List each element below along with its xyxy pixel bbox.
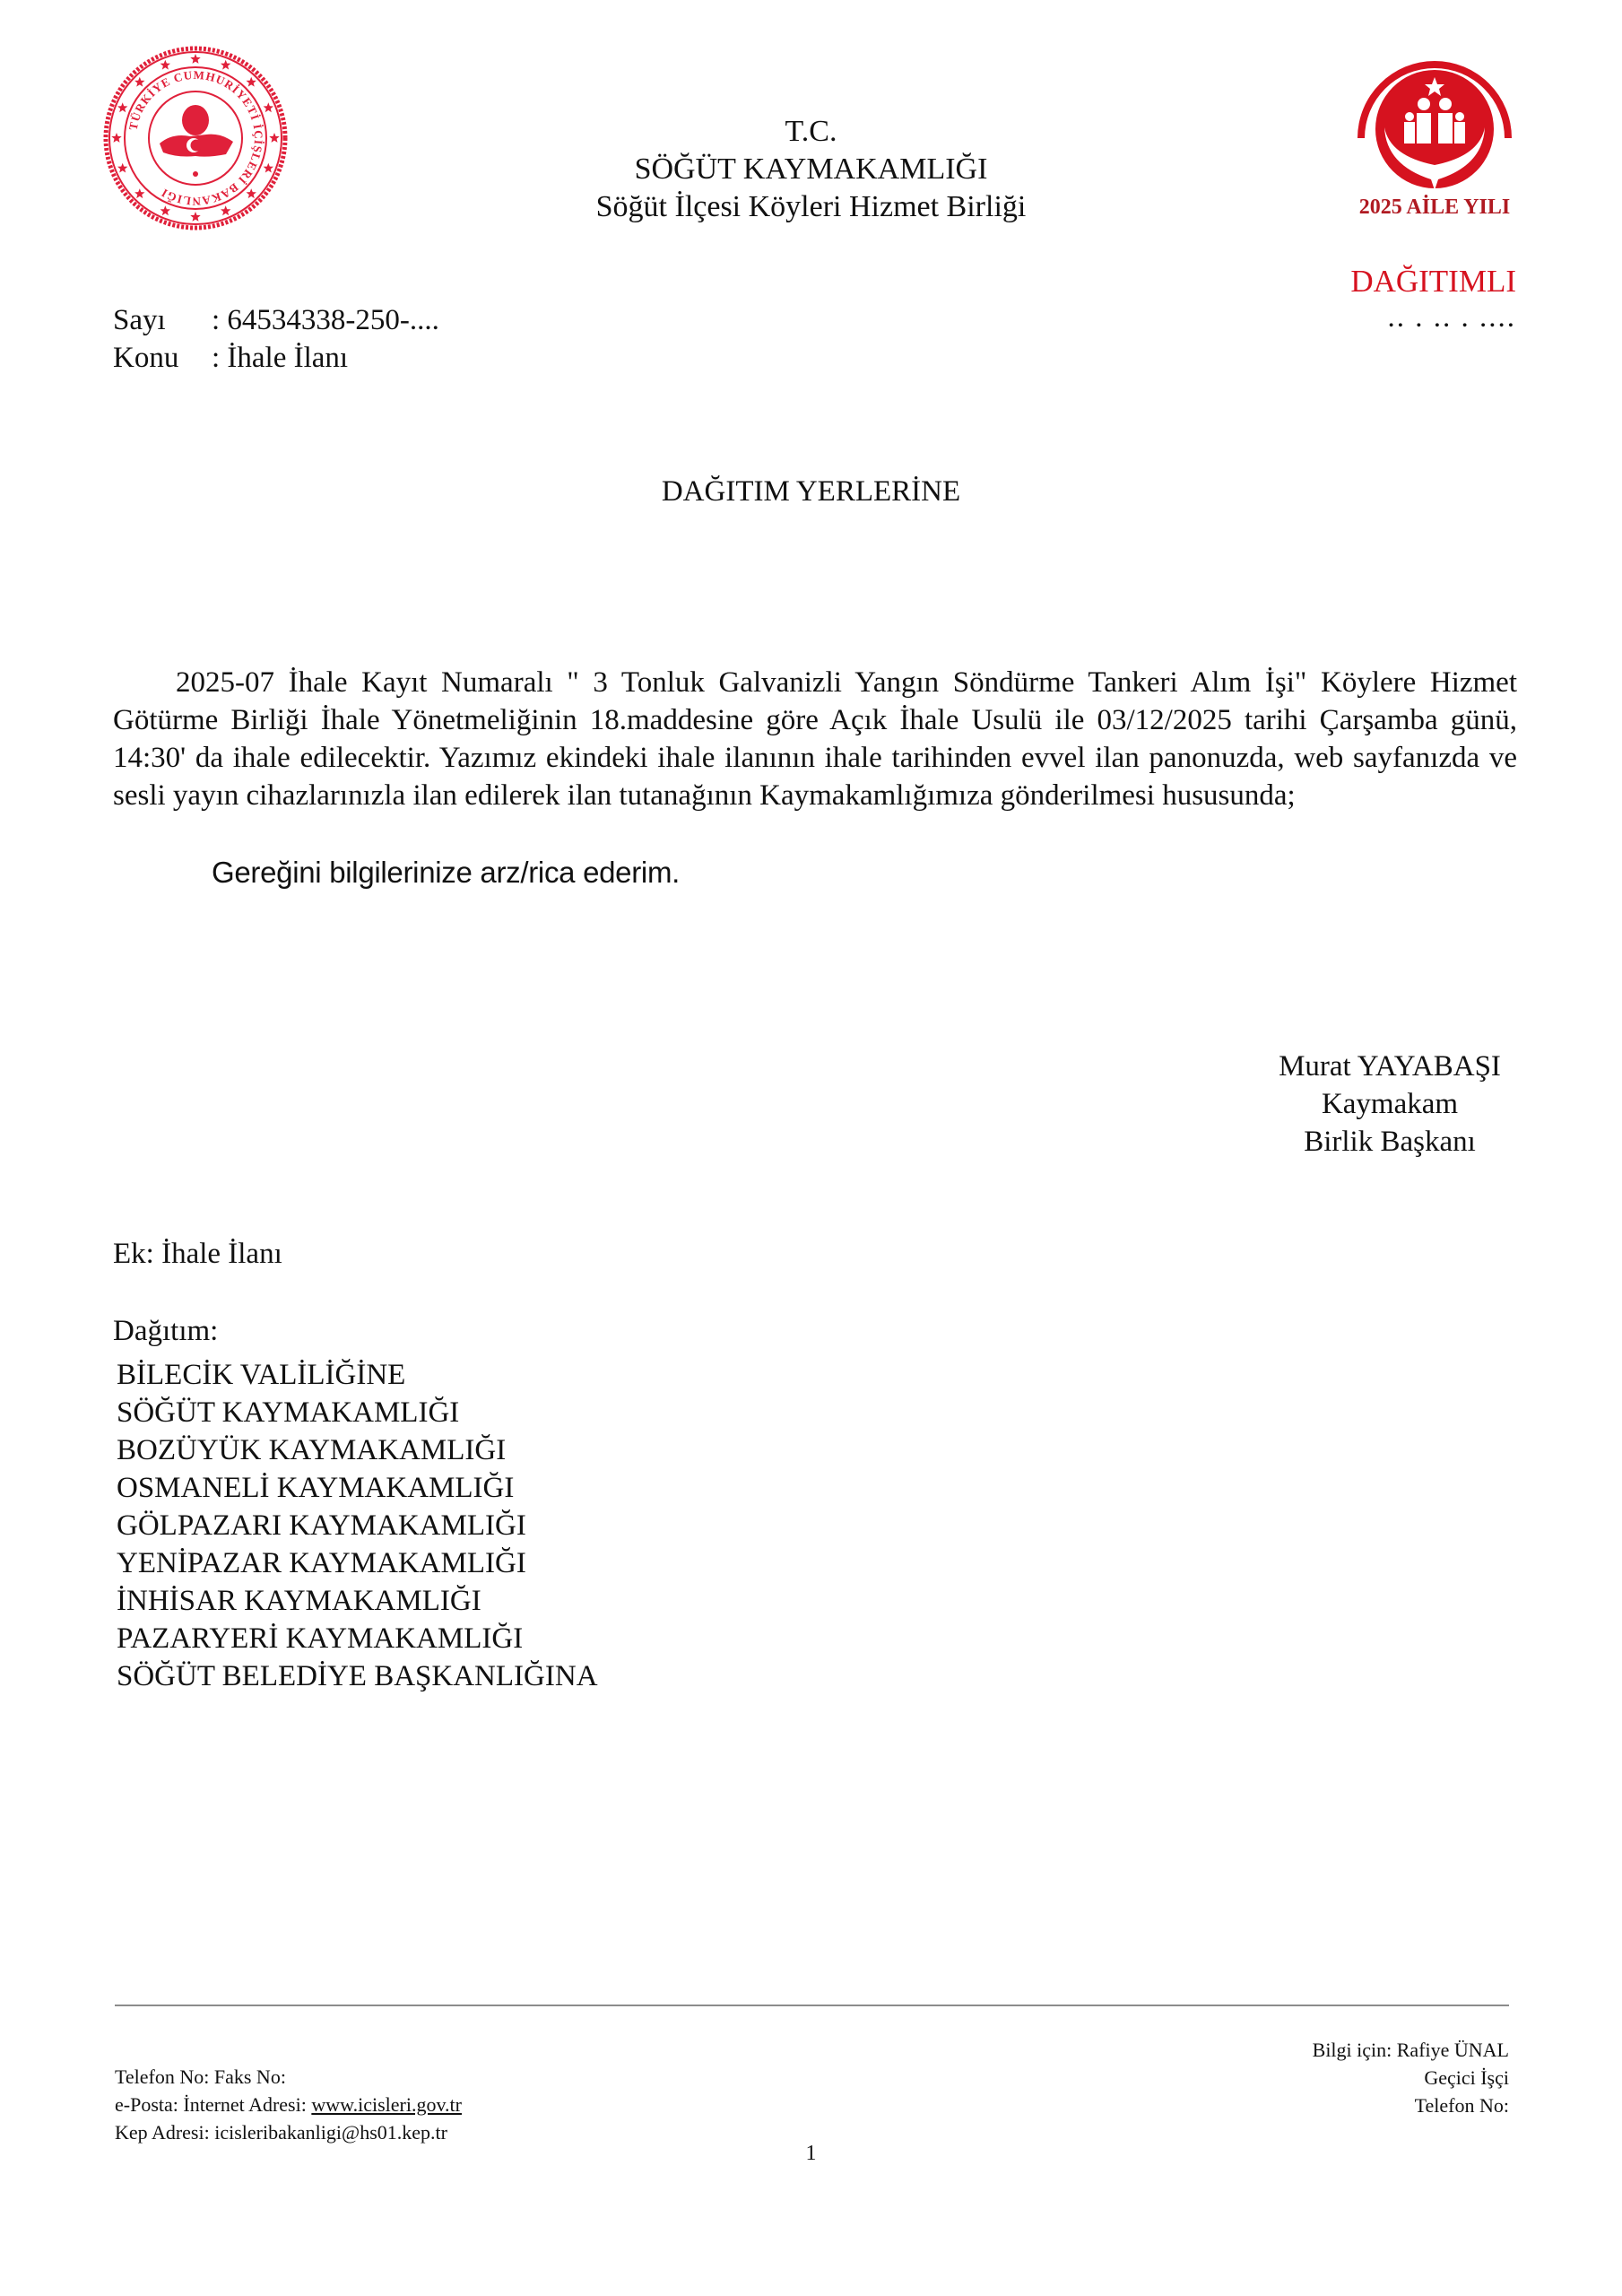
distribution-item: PAZARYERİ KAYMAKAMLIĞI xyxy=(117,1620,598,1657)
info-contact-phone: Telefon No: xyxy=(1313,2092,1509,2119)
distribution-item: GÖLPAZARI KAYMAKAMLIĞI xyxy=(117,1507,598,1544)
recipient-title: DAĞITIM YERLERİNE xyxy=(0,475,1622,509)
footer-email-label: e-Posta: İnternet Adresi: xyxy=(115,2093,311,2116)
attachment-line: Ek: İhale İlanı xyxy=(113,1238,282,1271)
distribution-item: BİLECİK VALİLİĞİNE xyxy=(117,1356,598,1394)
footer-phone-fax: Telefon No: Faks No: xyxy=(115,2063,462,2091)
subject-value: : İhale İlanı xyxy=(212,342,348,374)
distribution-heading: Dağıtım: xyxy=(113,1315,218,1348)
reference-number-label: Sayı xyxy=(113,301,212,339)
info-contact-name: Bilgi için: Rafiye ÜNAL xyxy=(1313,2036,1509,2064)
distribution-item: İNHİSAR KAYMAKAMLIĞI xyxy=(117,1582,598,1620)
distribution-list: BİLECİK VALİLİĞİNE SÖĞÜT KAYMAKAMLIĞI BO… xyxy=(117,1356,598,1695)
signatory-name: Murat YAYABAŞI xyxy=(1237,1048,1542,1085)
signatory-role: Birlik Başkanı xyxy=(1237,1123,1542,1161)
website-link[interactable]: www.icisleri.gov.tr xyxy=(311,2093,462,2116)
header-unit: Söğüt İlçesi Köyleri Hizmet Birliği xyxy=(0,188,1622,226)
body-paragraph-text: 2025-07 İhale Kayıt Numaralı " 3 Tonluk … xyxy=(113,666,1517,812)
header-organization: SÖĞÜT KAYMAKAMLIĞI xyxy=(0,151,1622,188)
info-contact-title: Geçici İşçi xyxy=(1313,2064,1509,2092)
footer-divider xyxy=(115,2005,1509,2006)
date-placeholder: .. . .. . .... xyxy=(1388,301,1517,335)
signature-block: Murat YAYABAŞI Kaymakam Birlik Başkanı xyxy=(1237,1048,1542,1161)
distribution-item: BOZÜYÜK KAYMAKAMLIĞI xyxy=(117,1431,598,1469)
distribution-item: SÖĞÜT KAYMAKAMLIĞI xyxy=(117,1394,598,1431)
footer-address-block: Telefon No: Faks No: e-Posta: İnternet A… xyxy=(115,2063,462,2146)
header-tc: T.C. xyxy=(0,113,1622,151)
page-number: 1 xyxy=(0,2142,1622,2166)
reference-number-row: Sayı: 64534338-250-.... xyxy=(113,301,439,339)
footer-email-web: e-Posta: İnternet Adresi: www.icisleri.g… xyxy=(115,2091,462,2118)
distribution-item: SÖĞÜT BELEDİYE BAŞKANLIĞINA xyxy=(117,1657,598,1695)
distribution-item: OSMANELİ KAYMAKAMLIĞI xyxy=(117,1469,598,1507)
distribution-item: YENİPAZAR KAYMAKAMLIĞI xyxy=(117,1544,598,1582)
signatory-title: Kaymakam xyxy=(1237,1085,1542,1123)
body-paragraph: 2025-07 İhale Kayıt Numaralı " 3 Tonluk … xyxy=(113,664,1517,814)
reference-number-value: : 64534338-250-.... xyxy=(212,304,439,336)
subject-row: Konu: İhale İlanı xyxy=(113,339,348,377)
distributed-label: DAĞITIMLI xyxy=(1350,264,1516,300)
contact-info-block: Bilgi için: Rafiye ÜNAL Geçici İşçi Tele… xyxy=(1313,2036,1509,2119)
subject-label: Konu xyxy=(113,339,212,377)
closing-line: Gereğini bilgilerinize arz/rica ederim. xyxy=(212,854,680,891)
